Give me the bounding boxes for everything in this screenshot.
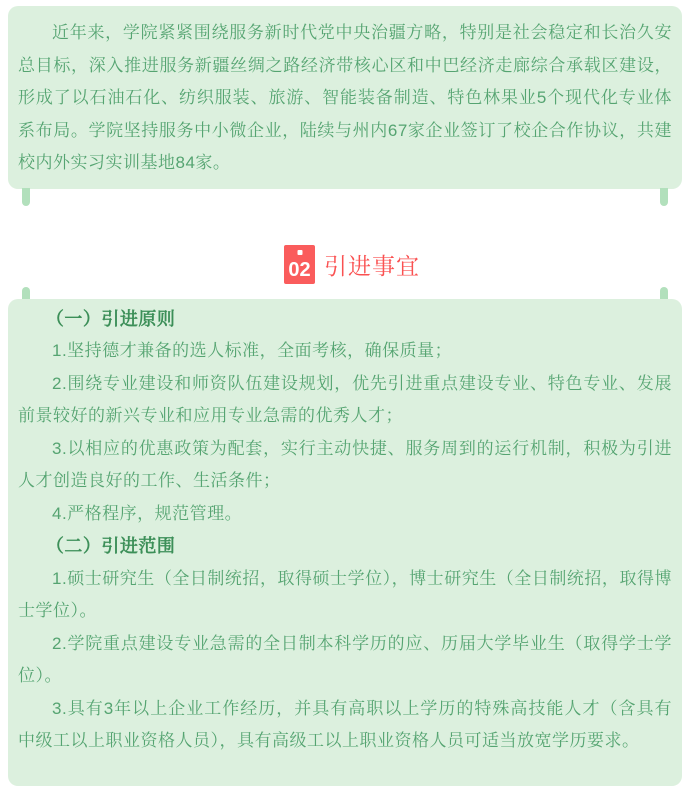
scope-item: 3.具有3年以上企业工作经历，并具有高职以上学历的特殊高技能人才（含具有中级工以… bbox=[18, 693, 672, 758]
scope-item: 1.硕士研究生（全日制统招，取得硕士学位），博士研究生（全日制统招，取得博士学位… bbox=[18, 563, 672, 628]
principle-item: 1.坚持德才兼备的选人标准，全面考核，确保质量； bbox=[18, 335, 672, 368]
scope-heading: （二）引进范围 bbox=[18, 530, 672, 563]
article-page: 近年来，学院紧紧围绕服务新时代党中央治疆方略，特别是社会稳定和长治久安总目标，深… bbox=[0, 0, 690, 797]
section-header: 02 引进事宜 bbox=[15, 245, 689, 284]
details-card: （一）引进原则 1.坚持德才兼备的选人标准，全面考核，确保质量； 2.围绕专业建… bbox=[8, 299, 682, 786]
section-number-badge: 02 bbox=[284, 245, 315, 284]
intro-paragraph: 近年来，学院紧紧围绕服务新时代党中央治疆方略，特别是社会稳定和长治久安总目标，深… bbox=[18, 17, 672, 180]
connector-tab-left bbox=[22, 287, 30, 300]
connector-tab-right bbox=[660, 188, 668, 206]
scope-item: 2.学院重点建设专业急需的全日制本科学历的应、历届大学毕业生（取得学士学位）。 bbox=[18, 628, 672, 693]
section-title: 引进事宜 bbox=[324, 248, 420, 281]
principle-item: 2.围绕专业建设和师资队伍建设规划，优先引进重点建设专业、特色专业、发展前景较好… bbox=[18, 368, 672, 433]
badge-dot-icon bbox=[297, 250, 302, 255]
principle-item: 4.严格程序，规范管理。 bbox=[18, 498, 672, 531]
principles-heading: （一）引进原则 bbox=[18, 303, 672, 336]
connector-tab-right bbox=[660, 287, 668, 300]
card-connector-top bbox=[8, 287, 682, 299]
principle-item: 3.以相应的优惠政策为配套，实行主动快捷、服务周到的运行机制，积极为引进人才创造… bbox=[18, 433, 672, 498]
card-connector-bottom bbox=[8, 189, 682, 206]
intro-card: 近年来，学院紧紧围绕服务新时代党中央治疆方略，特别是社会稳定和长治久安总目标，深… bbox=[8, 6, 682, 189]
connector-tab-left bbox=[22, 188, 30, 206]
section-number: 02 bbox=[288, 260, 310, 280]
